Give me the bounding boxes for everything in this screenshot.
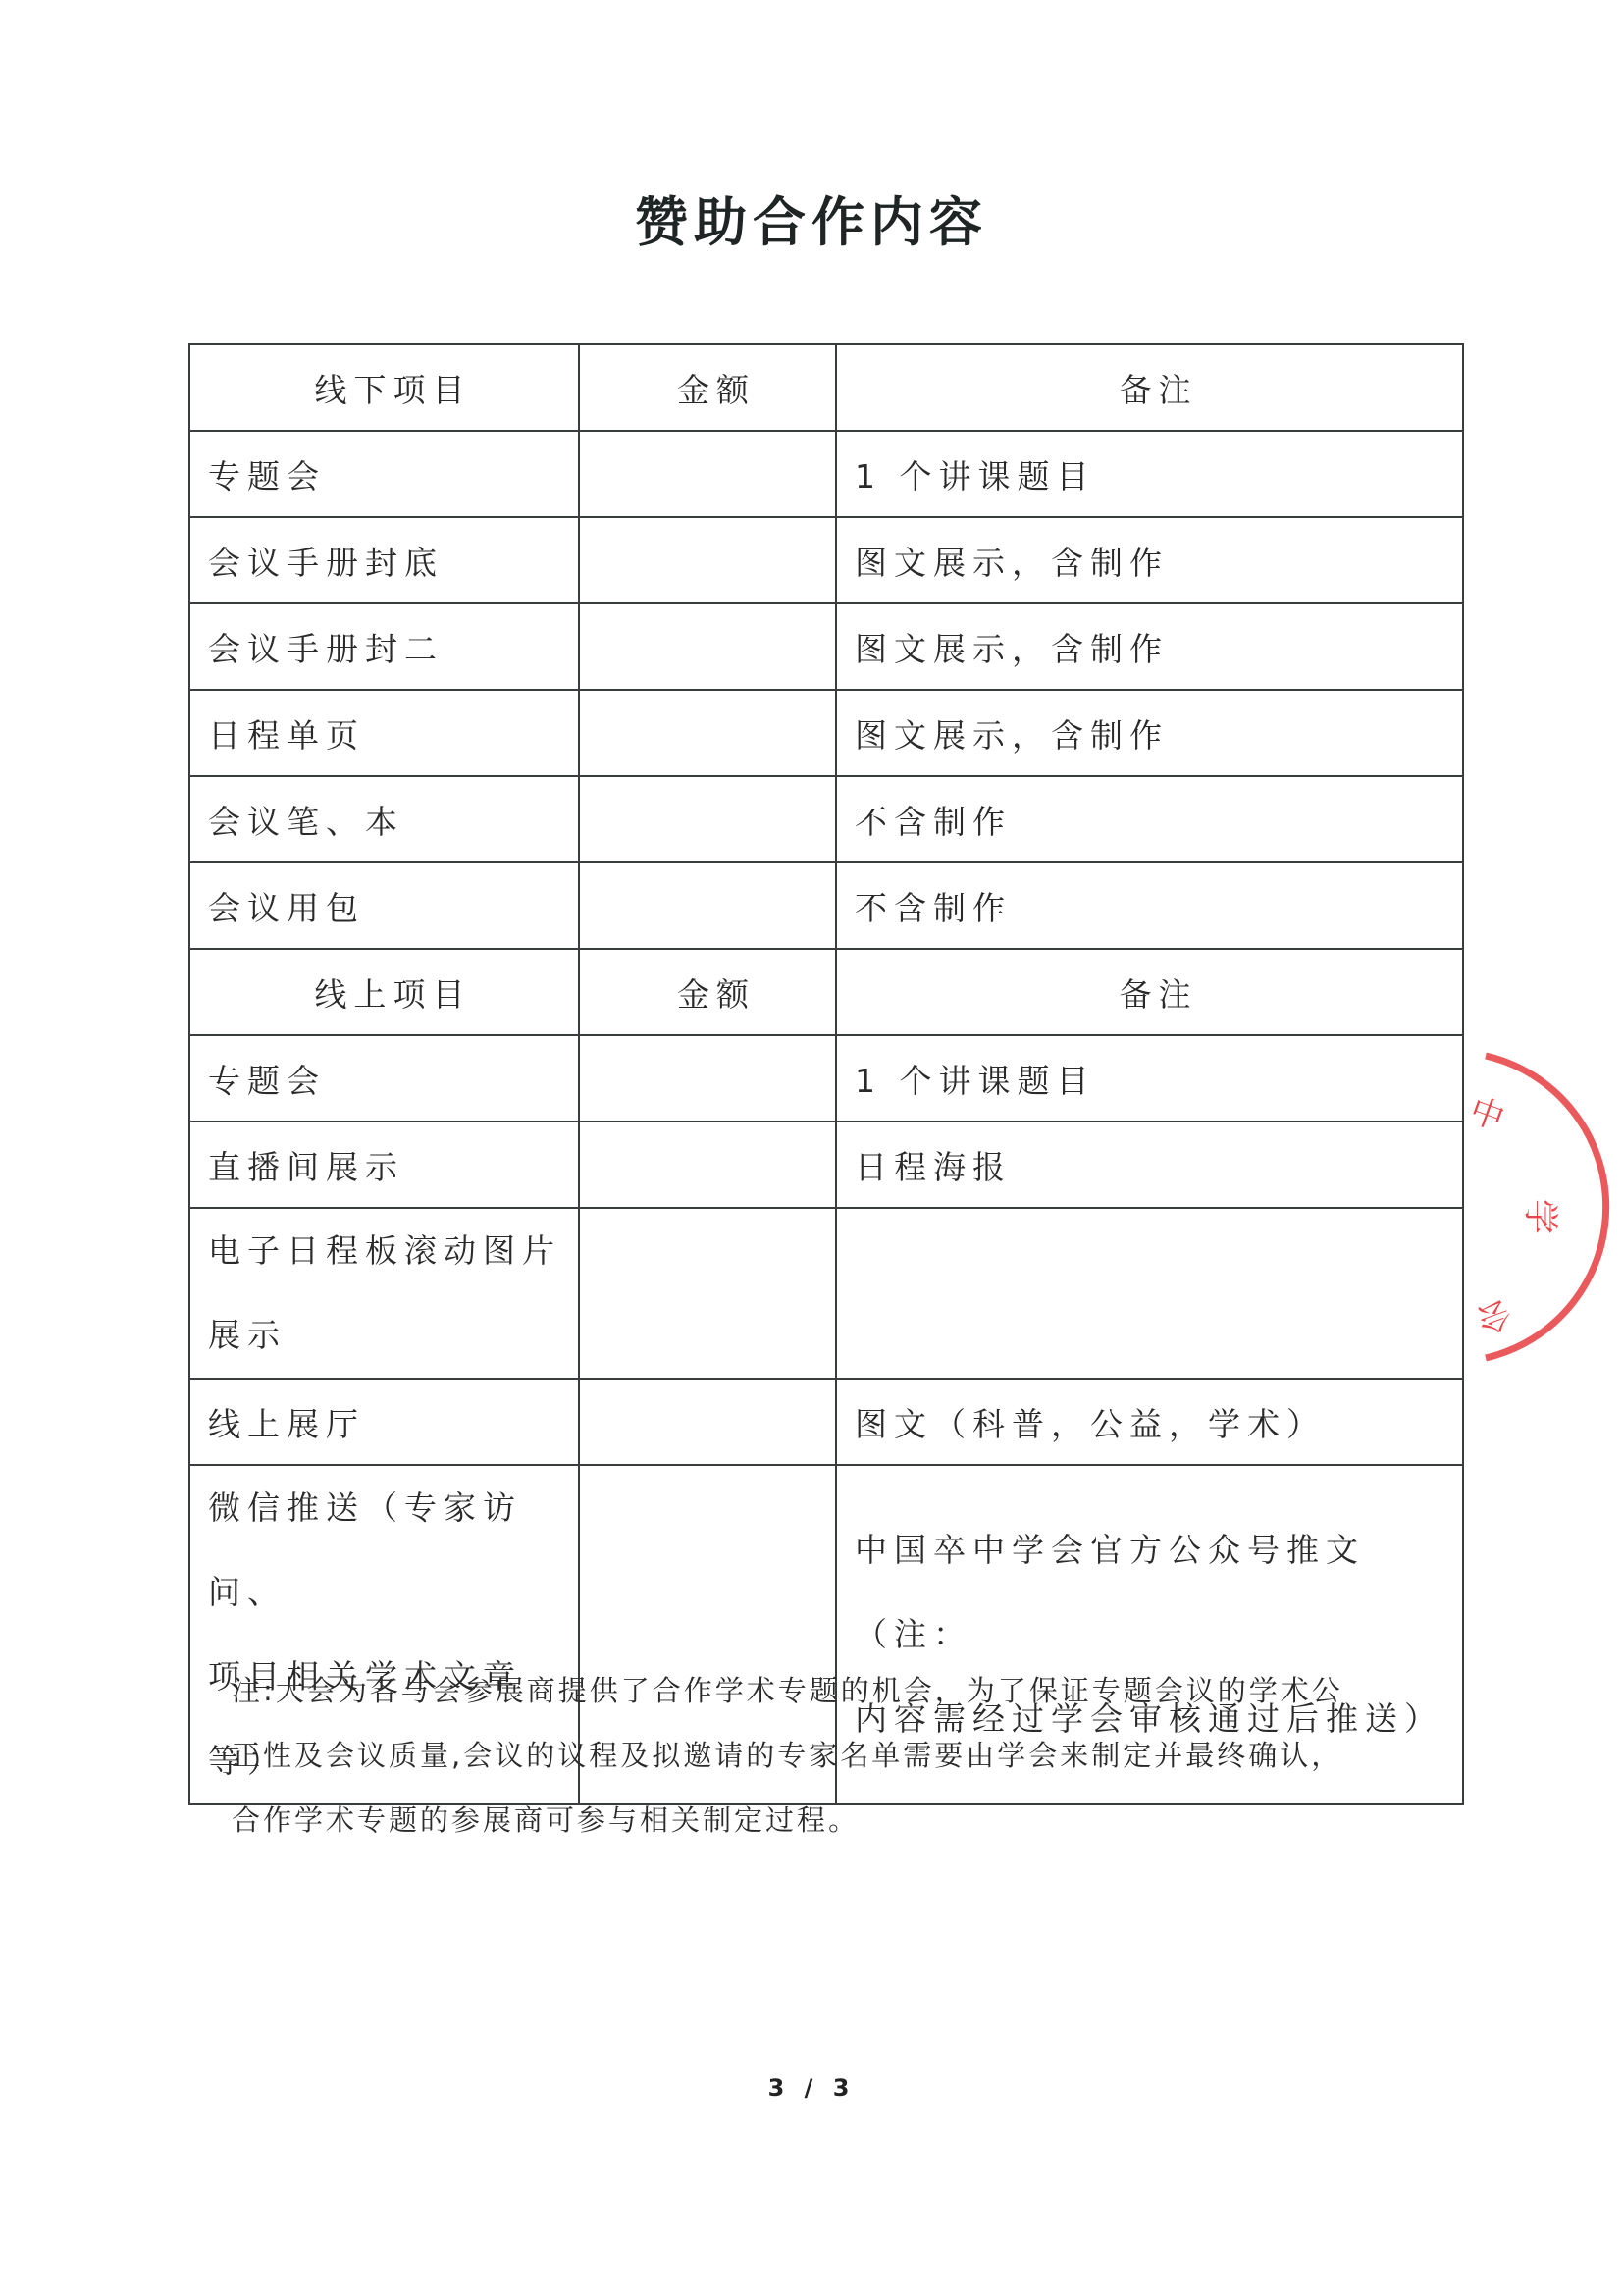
table-row: 直播间展示 日程海报	[189, 1122, 1463, 1208]
header-remark: 备注	[836, 949, 1463, 1035]
table-row: 会议笔、本 不含制作	[189, 776, 1463, 862]
remark-cell: 不含制作	[836, 862, 1463, 949]
remark-cell	[836, 1208, 1463, 1379]
item-cell: 电子日程板滚动图片 展示	[189, 1208, 579, 1379]
svg-text:中: 中	[1464, 1091, 1509, 1139]
table-row: 会议用包 不含制作	[189, 862, 1463, 949]
page-number: 3 / 3	[0, 2074, 1623, 2102]
remark-cell: 1 个讲课题目	[836, 1035, 1463, 1122]
item-cell: 会议笔、本	[189, 776, 579, 862]
amount-cell	[579, 862, 836, 949]
header-remark: 备注	[836, 344, 1463, 431]
amount-cell	[579, 1208, 836, 1379]
item-cell: 会议手册封底	[189, 517, 579, 603]
table-row: 专题会 1 个讲课题目	[189, 1035, 1463, 1122]
red-seal-stamp-icon: 中 学 会	[1403, 1050, 1623, 1364]
table-row: 专题会 1 个讲课题目	[189, 431, 1463, 517]
remark-cell: 图文展示，含制作	[836, 603, 1463, 690]
remark-cell: 不含制作	[836, 776, 1463, 862]
item-cell: 专题会	[189, 431, 579, 517]
header-amount: 金额	[579, 344, 836, 431]
item-cell: 会议用包	[189, 862, 579, 949]
online-header-row: 线上项目 金额 备注	[189, 949, 1463, 1035]
item-cell: 日程单页	[189, 690, 579, 776]
item-cell: 线上展厅	[189, 1379, 579, 1465]
footnote-line: 正性及会议质量,会议的议程及拟邀请的专家名单需要由学会来制定并最终确认，	[232, 1723, 1448, 1788]
remark-cell: 日程海报	[836, 1122, 1463, 1208]
amount-cell	[579, 1122, 836, 1208]
amount-cell	[579, 431, 836, 517]
amount-cell	[579, 776, 836, 862]
table-row: 会议手册封二 图文展示，含制作	[189, 603, 1463, 690]
table-row: 线上展厅 图文（科普，公益，学术）	[189, 1379, 1463, 1465]
remark-cell: 1 个讲课题目	[836, 431, 1463, 517]
header-online-item: 线上项目	[189, 949, 579, 1035]
table-row: 会议手册封底 图文展示，含制作	[189, 517, 1463, 603]
amount-cell	[579, 517, 836, 603]
sponsorship-table: 线下项目 金额 备注 专题会 1 个讲课题目 会议手册封底 图文展示，含制作 会…	[188, 343, 1464, 1805]
amount-cell	[579, 1035, 836, 1122]
header-amount: 金额	[579, 949, 836, 1035]
table-row: 日程单页 图文展示，含制作	[189, 690, 1463, 776]
remark-line: 中国卒中学会官方公众号推文（注：	[855, 1508, 1462, 1677]
item-cell: 会议手册封二	[189, 603, 579, 690]
svg-text:学: 学	[1520, 1199, 1560, 1234]
svg-text:会: 会	[1472, 1292, 1517, 1340]
amount-cell	[579, 1379, 836, 1465]
remark-cell: 图文（科普，公益，学术）	[836, 1379, 1463, 1465]
amount-cell	[579, 690, 836, 776]
item-line: 展示	[208, 1293, 578, 1378]
remark-cell: 图文展示，含制作	[836, 517, 1463, 603]
footnote-line: 合作学术专题的参展商可参与相关制定过程。	[232, 1788, 1448, 1852]
document-title: 赞助合作内容	[0, 181, 1623, 256]
item-line: 电子日程板滚动图片	[208, 1209, 578, 1293]
item-cell: 直播间展示	[189, 1122, 579, 1208]
header-offline-item: 线下项目	[189, 344, 579, 431]
footnote-line: 注:大会为各与会参展商提供了合作学术专题的机会，为了保证专题会议的学术公	[232, 1658, 1448, 1723]
footnote: 注:大会为各与会参展商提供了合作学术专题的机会，为了保证专题会议的学术公 正性及…	[232, 1658, 1448, 1852]
offline-header-row: 线下项目 金额 备注	[189, 344, 1463, 431]
amount-cell	[579, 603, 836, 690]
table-row: 电子日程板滚动图片 展示	[189, 1208, 1463, 1379]
remark-cell: 图文展示，含制作	[836, 690, 1463, 776]
item-cell: 专题会	[189, 1035, 579, 1122]
item-line: 微信推送（专家访问、	[208, 1466, 578, 1635]
